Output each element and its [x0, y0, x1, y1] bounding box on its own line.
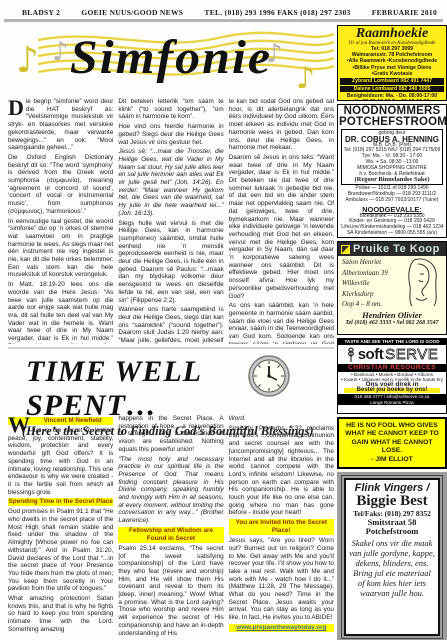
paragraph: Ambulans — 018 297 7922/10177 (Tuine)	[339, 198, 445, 204]
paragraph: Vr. 08:00-16:30 Sa. 09:00-12:00	[338, 99, 446, 101]
quote-text: HE IS NO FOOL WHO GIVES WHAT HE CANNOT K…	[341, 422, 443, 456]
ad-title-line2: POTCHEFSTROOM	[339, 117, 445, 128]
contact-tel: Tel (018) 462 3333 • Sel 082 268 3547	[342, 319, 442, 328]
masthead-title: Simfonie	[8, 29, 334, 84]
paragraph: Daarom sê Jesus in ons teks: “Want waar …	[229, 154, 334, 300]
paragraph: SA Kindertelefoon — 0800 055 555 (a/u)	[339, 231, 445, 237]
noodgevalle-numbers: Bloedkliniek — 018 293 5350Kinder- en Ge…	[339, 214, 445, 237]
paragraph: Zybrand Lombaard 082 491 7447	[340, 78, 444, 85]
paragraph: • Boeknuus • Musiek • Borduur • Albums	[338, 372, 446, 377]
paragraph: •Billike Pryse met Vinnige Diens	[338, 65, 446, 71]
ad-footer: 018 468 4777 / info@softserve.co.zaLangs…	[338, 394, 446, 405]
brand-soft: soft	[358, 346, 384, 363]
paragraph: Spending Time in the Secret Place	[8, 498, 113, 506]
ad-title: Pruike Te Koop	[353, 243, 440, 255]
article2-subtitle: (Here’s the Secret to Finding God’s Boun…	[8, 423, 334, 439]
clock-icon	[248, 355, 290, 397]
christian-resources-bar: CHRISTIAN RESOURCES	[338, 364, 446, 372]
brand-serve: SERVE	[385, 346, 438, 363]
advert-column: Raamhoekie Vir al jou Raamwerk en Kunsbe…	[337, 22, 447, 640]
paragraph: Fellowship and Wisdom are Found in Secre…	[118, 527, 223, 543]
ad-pruike-te-koop: Pruike Te Koop Salon HenrietAlbertonlaan…	[337, 241, 447, 335]
ad-lines: Tel: 018 297 3099Walmaransstr. 78 Potche…	[338, 46, 446, 77]
article1-column-1: D ie begrip “simfonie” word deur die HAT…	[8, 98, 113, 344]
article2-column-3: Word.Similarly, Proverbs 3:32 proclaims …	[229, 415, 334, 637]
paper-contact: TEL. (018) 293 1996 FAKS (018) 297 2303	[204, 8, 350, 17]
ad-soft-serve: TASTE AND SEE THAT THE LORD IS GOOD soft…	[337, 338, 447, 414]
paragraph: God promises in Psalm 91:1 that “He who …	[8, 508, 113, 593]
main-content: ♪ ♪ ♪ ♪ Simfonie D ie begrip “simfonie” …	[0, 22, 337, 637]
time-well-spent-header: TIME WELL SPENT… (Here’s the Secret to F…	[8, 351, 334, 415]
paragraph: You are Invited Into the Secret Place!	[229, 519, 334, 535]
section-divider	[8, 347, 334, 349]
ad-highlight-line: Bestel jou boeke by ons!	[344, 388, 440, 393]
paragraph: •Gratis Kwotasie	[338, 71, 446, 77]
ad-raamhoekie: Raamhoekie Vir al jou Raamwerk en Kunsbe…	[337, 25, 447, 101]
simfonie-masthead: ♪ ♪ ♪ ♪ Simfonie	[8, 22, 334, 98]
ad-noodnommers: NOODNOMMERS POTCHEFSTROOM geborg deurDR.…	[337, 104, 447, 238]
paragraph: Jesus says, “Are you tired? Worn out? Bu…	[229, 537, 334, 622]
paragraph: Die Oxford English Dictionary beskryf di…	[8, 154, 113, 216]
issue-date: FEBRUARIE 2010	[372, 8, 437, 17]
paragraph: te kan bid sodat God ons gebed sal hoor,…	[229, 98, 334, 152]
paragraph: Dalene Lombaard 082 340 3505	[340, 86, 444, 93]
paragraph: In eenvoudige taal gestel, die woord “si…	[8, 218, 113, 280]
paragraph: Langs Romans Pizza	[338, 400, 446, 406]
paragraph: Hoe vind ons hierdie harmonie in gebed? …	[118, 123, 223, 146]
paragraph: As ons kan sáámbid, kan ’n hele gemeente…	[229, 302, 334, 344]
website-link[interactable]: www.preparethewaytoday.org	[229, 624, 334, 632]
column-paragraphs: ie begrip “simfonie” word deur die HAT b…	[8, 98, 113, 344]
paragraph: •Alle Raamwerk •Kunsbenodigdhede	[338, 58, 446, 64]
dropcap: D	[8, 98, 26, 117]
ad-title: Raamhoekie	[338, 26, 446, 41]
ad-body: Salon HenrietAlbertonlaan 39WilkevilleKl…	[338, 256, 446, 330]
ad-script-text: Skakel ons vir die maak van julle gordyn…	[349, 538, 435, 598]
article2-column-1: W Vincent M Newfieldhat is the secret to…	[8, 415, 113, 637]
paragraph: “The most holy and necessary practice in…	[118, 456, 223, 525]
emergency-numbers: Polisie — 10111 of 018 299 1496Brandweer…	[339, 186, 445, 203]
ad-hours: Besigheidsure: Ma. - Do. 08:00-17:00Vr. …	[338, 93, 446, 101]
column-paragraphs: happens in the Secret Place. A restorati…	[118, 415, 223, 637]
paragraph: Psalm 25:14 exclaims, “The secret [of th…	[118, 545, 223, 637]
column-paragraphs: Word.Similarly, Proverbs 3:32 proclaims …	[229, 415, 334, 622]
ad-biggie-best: Flink Vingers / Biggie Best Tel/Faks: (0…	[337, 472, 447, 640]
ad-title-line2: Biggie Best	[349, 494, 435, 509]
ad-inner-frame: Flink Vingers / Biggie Best Tel/Faks: (0…	[344, 478, 440, 636]
newspaper-page: BLADSY 2 GOEIE NUUS/GOOD NEWS TEL. (018)…	[0, 0, 447, 640]
page-header: BLADSY 2 GOEIE NUUS/GOOD NEWS TEL. (018)…	[0, 0, 447, 19]
paragraph: Jesus sê: “...maar die Trooster, die Hei…	[118, 148, 223, 217]
wig-icon	[341, 245, 350, 254]
ad-address-2: Potchefstroom	[349, 527, 435, 536]
simfonie-article: D ie begrip “simfonie” word deur die HAT…	[8, 98, 334, 344]
column-paragraphs: Dit beteken letterlik “om sáám te klink”…	[118, 98, 223, 344]
doctor-info-box: geborg deurDR. COBUS A. HENNINGM.B. Ch.B…	[341, 129, 443, 185]
article2-column-2: happens in the Secret Place. A restorati…	[118, 415, 223, 637]
jim-elliot-quote-box: HE IS NO FOOL WHO GIVES WHAT HE CANNOT K…	[337, 417, 447, 469]
contact-name: Hendrien Olivier	[342, 311, 442, 320]
woman-face-sketch	[396, 256, 442, 308]
paragraph: What amazing protection! Satan knows thi…	[8, 595, 113, 634]
paragraph: Dit beteken letterlik “om sáám te klink”…	[118, 98, 223, 121]
paragraph: In Matt. 18:19-20 lees ons die woorde va…	[8, 281, 113, 344]
wheat-icon	[346, 347, 356, 363]
ad-contacts: Zybrand Lombaard 082 491 7447Dalene Lomb…	[338, 78, 446, 92]
column-paragraphs: Vincent M Newfieldhat is the secret to l…	[8, 417, 113, 634]
column-paragraphs: te kan bid sodat God ons gebed sal hoor,…	[229, 98, 334, 344]
soft-serve-logo: soft SERVE	[338, 345, 446, 364]
quote-author: - JIM ELLIOT	[341, 456, 443, 465]
article1-column-3: te kan bid sodat God ons gebed sal hoor,…	[229, 98, 334, 344]
page-number: BLADSY 2	[22, 8, 60, 17]
paragraph: Slegs hulle wat vervul is met die Heilig…	[118, 220, 223, 305]
paper-title: GOEIE NUUS/GOOD NEWS	[81, 8, 183, 17]
article1-column-2: Dit beteken letterlik “om sáám te klink”…	[118, 98, 223, 344]
time-well-spent-article: W Vincent M Newfieldhat is the secret to…	[8, 415, 334, 637]
ad-header-bar: Pruike Te Koop	[338, 242, 446, 256]
paragraph: (Regoor Binnelandse Sake)	[342, 177, 442, 183]
ad-top-bar: TASTE AND SEE THAT THE LORD IS GOOD	[338, 339, 446, 345]
paragraph: Wanneer ons harte saamgebind is deur die…	[118, 306, 223, 344]
